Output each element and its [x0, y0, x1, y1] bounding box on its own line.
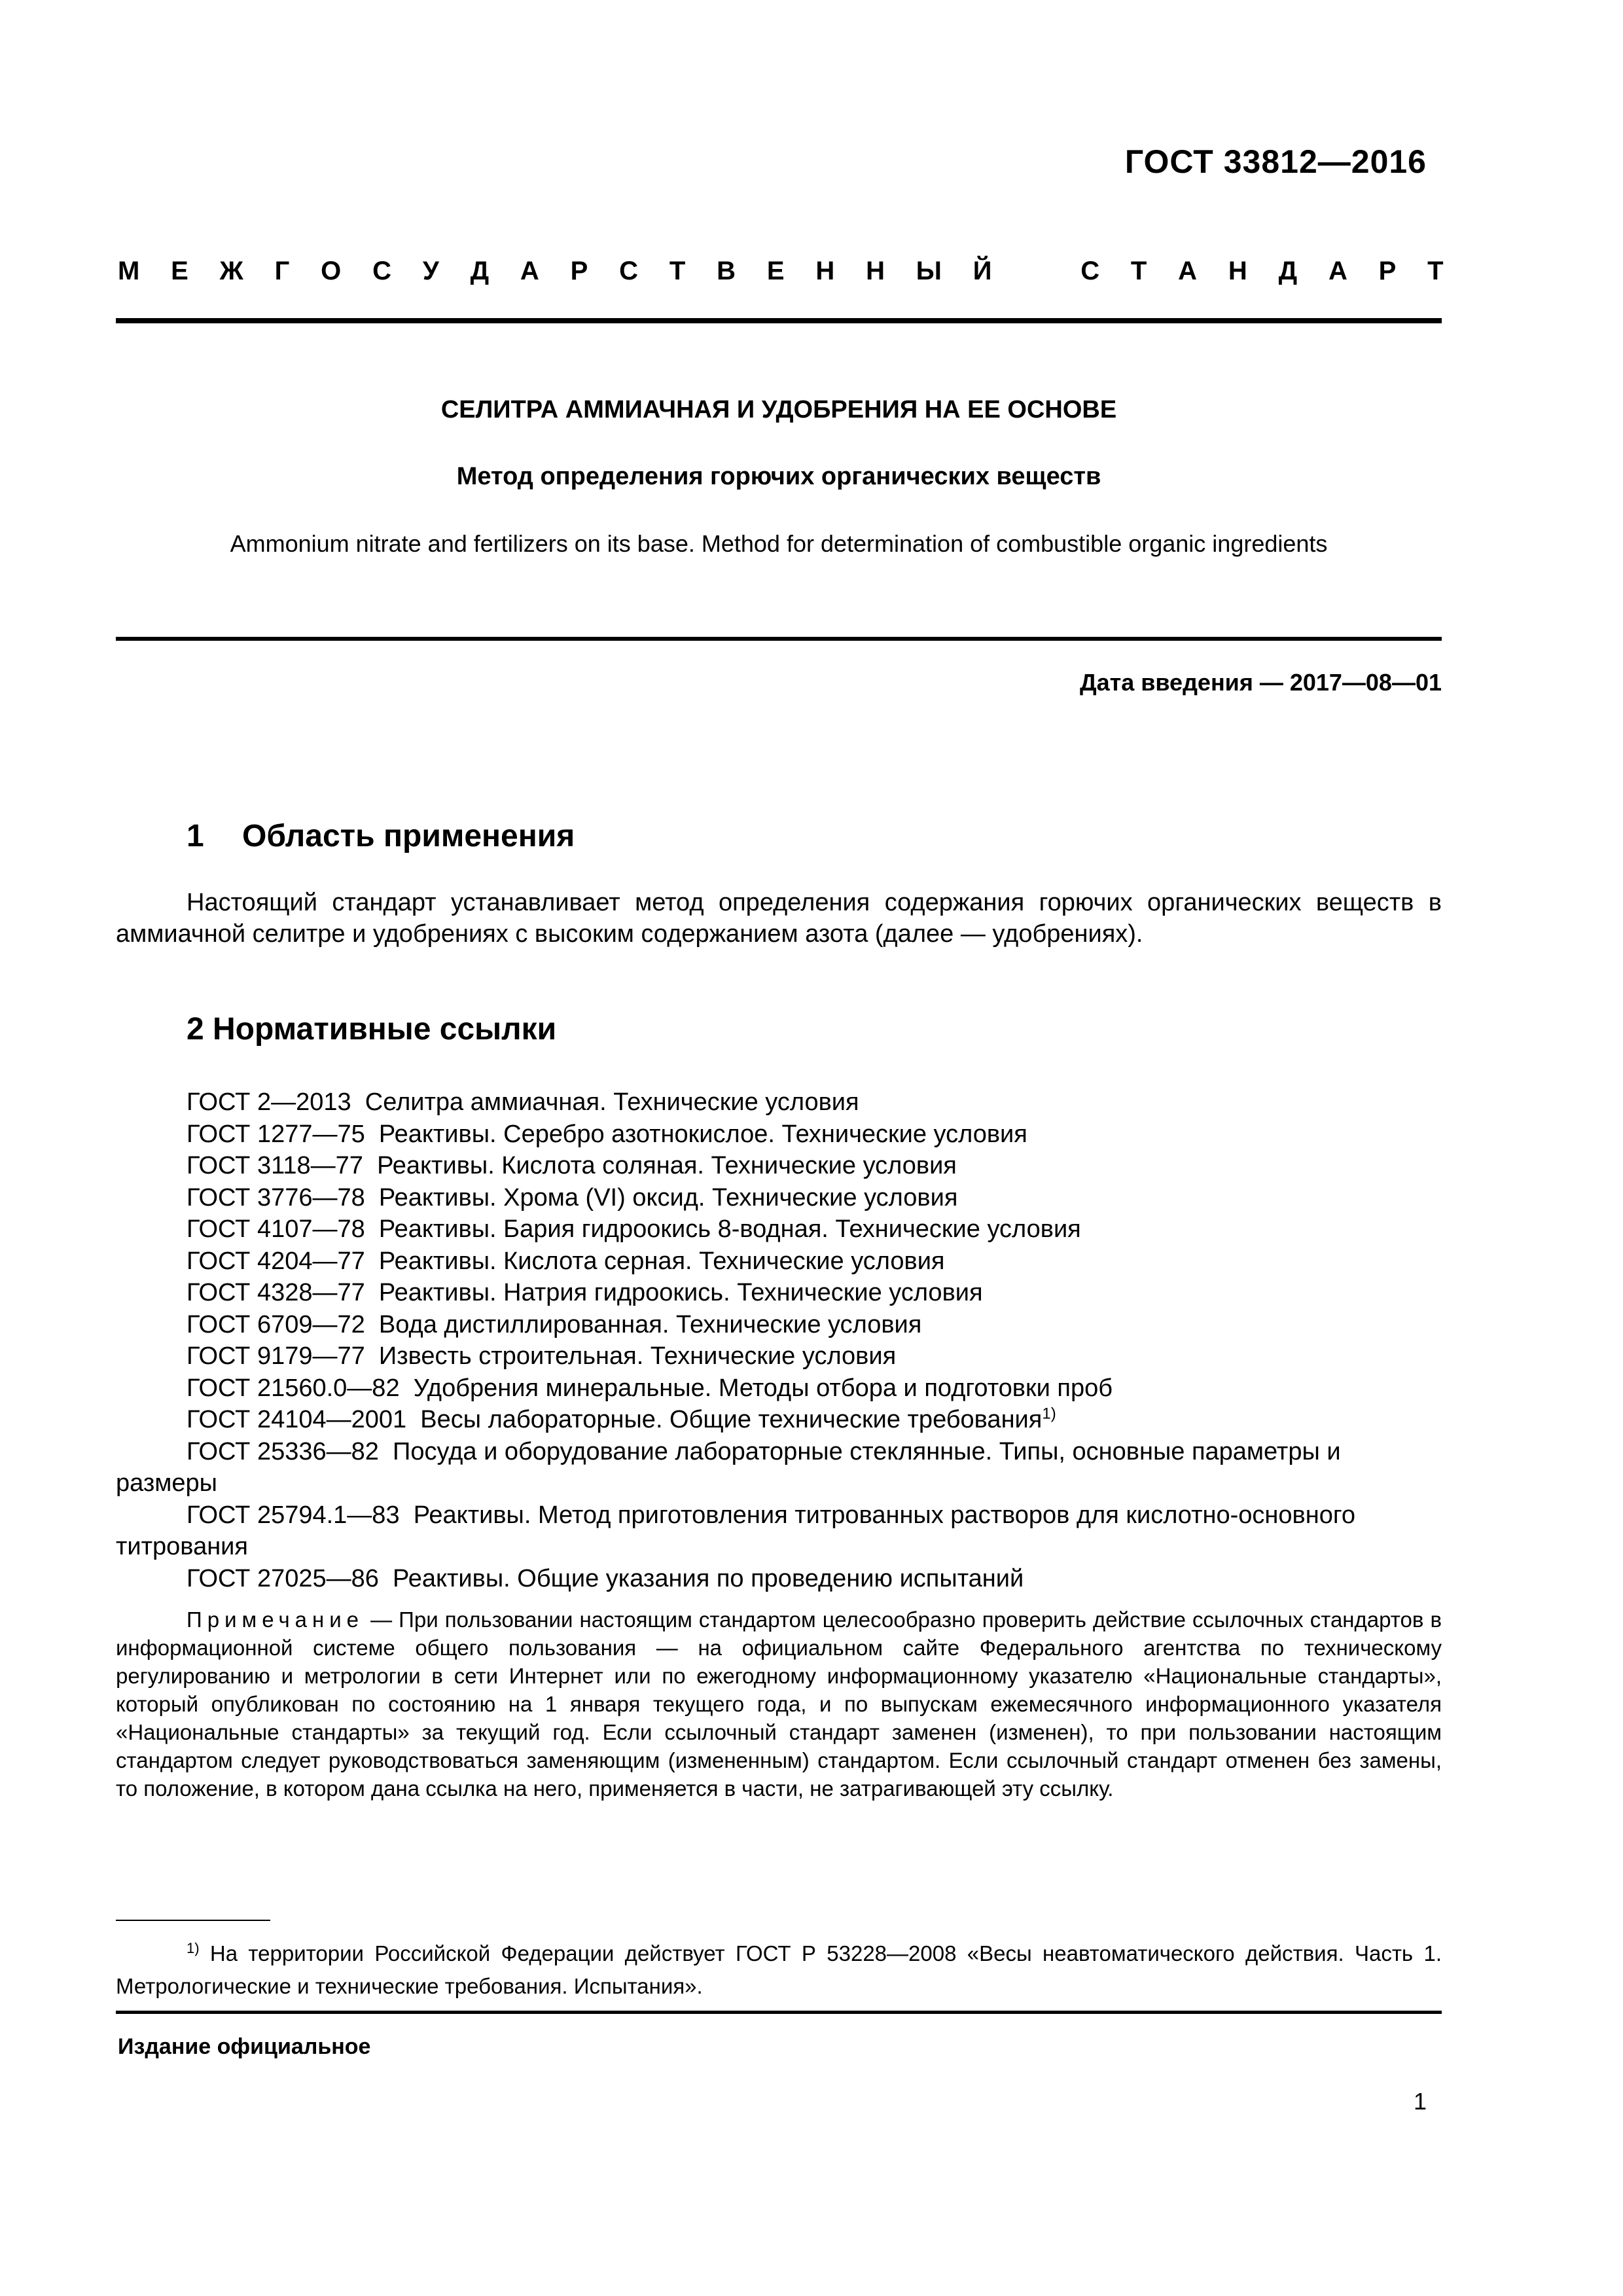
reference-code: ГОСТ 3118—77 [187, 1152, 363, 1179]
note-text: — При пользовании настоящим стандартом ц… [116, 1607, 1442, 1801]
reference-code: ГОСТ 24104—2001 [187, 1406, 406, 1433]
reference-item: ГОСТ 21560.0—82 Удобрения минеральные. М… [116, 1372, 1442, 1405]
interstate-letter: О [321, 257, 341, 286]
section-title: Нормативные ссылки [213, 1012, 556, 1047]
interstate-letter: А [520, 257, 539, 286]
footnote-reference: 1) [1042, 1405, 1056, 1422]
reference-code: ГОСТ 9179—77 [187, 1342, 365, 1370]
document-code: ГОСТ 33812—2016 [1125, 143, 1427, 181]
header-rule [116, 318, 1442, 323]
reference-item: ГОСТ 9179—77 Известь строительная. Техни… [116, 1340, 1442, 1372]
reference-code: ГОСТ 21560.0—82 [187, 1374, 400, 1402]
footnote: 1) На территории Российской Федерации де… [116, 1937, 1442, 2003]
reference-title: Вода дистиллированная. Технические услов… [379, 1311, 921, 1338]
interstate-letter: Т [669, 257, 685, 286]
reference-title: Реактивы. Бария гидроокись 8-водная. Тех… [379, 1215, 1081, 1243]
interstate-letter: Е [171, 257, 188, 286]
reference-code: ГОСТ 1277—75 [187, 1121, 365, 1148]
interstate-standard-label: МЕЖГОСУДАРСТВЕННЫЙ СТАНДАРТ [118, 257, 1444, 286]
footer-rule [116, 2011, 1442, 2014]
section-1-text: Настоящий стандарт устанавливает метод о… [116, 887, 1442, 950]
interstate-letter: Й [973, 257, 992, 286]
reference-title: Реактивы. Общие указания по проведению и… [393, 1565, 1024, 1592]
reference-item: ГОСТ 25794.1—83 Реактивы. Метод приготов… [116, 1499, 1442, 1563]
reference-item: ГОСТ 4328—77 Реактивы. Натрия гидроокись… [116, 1277, 1442, 1309]
interstate-letter: Г [275, 257, 290, 286]
official-edition-label: Издание официальное [118, 2034, 370, 2060]
reference-title: Удобрения минеральные. Методы отбора и п… [414, 1374, 1113, 1402]
section-1-heading: 1Область применения [187, 818, 575, 854]
reference-title: Реактивы. Серебро азотнокислое. Техничес… [379, 1121, 1027, 1148]
reference-code: ГОСТ 27025—86 [187, 1565, 379, 1592]
interstate-letter: Р [571, 257, 588, 286]
normative-references-list: ГОСТ 2—2013 Селитра аммиачная. Техническ… [116, 1086, 1442, 1594]
interstate-letter: А [1178, 257, 1197, 286]
reference-title: Реактивы. Натрия гидроокись. Технические… [379, 1279, 983, 1306]
interstate-letter: Т [1427, 257, 1443, 286]
reference-code: ГОСТ 25336—82 [187, 1438, 379, 1465]
interstate-letter: Д [471, 257, 490, 286]
reference-code: ГОСТ 2—2013 [187, 1088, 351, 1116]
reference-title: Реактивы. Кислота соляная. Технические у… [377, 1152, 957, 1179]
footnote-separator [116, 1920, 270, 1921]
interstate-letter: Н [1228, 257, 1247, 286]
reference-code: ГОСТ 4204—77 [187, 1247, 365, 1275]
interstate-letter: Е [767, 257, 785, 286]
interstate-letter: Р [1379, 257, 1397, 286]
title-rule [116, 637, 1442, 641]
interstate-letter: С [372, 257, 391, 286]
interstate-letter: Ж [220, 257, 243, 286]
reference-item: ГОСТ 6709—72 Вода дистиллированная. Техн… [116, 1309, 1442, 1341]
interstate-letter: А [1329, 257, 1347, 286]
references-note: Примечание — При пользовании настоящим с… [116, 1605, 1442, 1803]
document-subtitle: Метод определения горючих органических в… [116, 463, 1442, 491]
interstate-letter: Д [1279, 257, 1298, 286]
reference-item: ГОСТ 25336—82 Посуда и оборудование лабо… [116, 1436, 1442, 1499]
reference-item: ГОСТ 3776—78 Реактивы. Хрома (VI) оксид.… [116, 1182, 1442, 1214]
interstate-letter [1023, 257, 1049, 286]
interstate-letter: М [118, 257, 139, 286]
reference-title: Известь строительная. Технические услови… [379, 1342, 896, 1370]
interstate-letter: С [619, 257, 638, 286]
interstate-letter: У [423, 257, 439, 286]
reference-title: Весы лабораторные. Общие технические тре… [420, 1406, 1042, 1433]
reference-title: Реактивы. Кислота серная. Технические ус… [379, 1247, 945, 1275]
reference-item: ГОСТ 27025—86 Реактивы. Общие указания п… [116, 1563, 1442, 1595]
interstate-letter: Т [1131, 257, 1147, 286]
reference-code: ГОСТ 25794.1—83 [187, 1501, 400, 1529]
reference-code: ГОСТ 4328—77 [187, 1279, 365, 1306]
interstate-letter: Н [866, 257, 885, 286]
reference-code: ГОСТ 6709—72 [187, 1311, 365, 1338]
interstate-letter: Ы [916, 257, 942, 286]
page-number: 1 [1414, 2088, 1427, 2115]
interstate-letter: С [1080, 257, 1099, 286]
reference-item: ГОСТ 3118—77 Реактивы. Кислота соляная. … [116, 1150, 1442, 1182]
section-2-heading: 2Нормативные ссылки [187, 1011, 556, 1047]
reference-item: ГОСТ 2—2013 Селитра аммиачная. Техническ… [116, 1086, 1442, 1119]
footnote-marker: 1) [187, 1940, 200, 1956]
introduction-date: Дата введения — 2017—08—01 [1080, 669, 1442, 696]
section-title: Область применения [242, 819, 575, 853]
english-title: Ammonium nitrate and fertilizers on its … [116, 530, 1442, 558]
reference-item: ГОСТ 4204—77 Реактивы. Кислота серная. Т… [116, 1246, 1442, 1278]
reference-title: Селитра аммиачная. Технические условия [365, 1088, 859, 1116]
interstate-letter: В [717, 257, 736, 286]
reference-code: ГОСТ 4107—78 [187, 1215, 365, 1243]
note-label: Примечание [187, 1607, 364, 1632]
reference-item: ГОСТ 1277—75 Реактивы. Серебро азотнокис… [116, 1119, 1442, 1151]
reference-code: ГОСТ 3776—78 [187, 1184, 365, 1211]
reference-item: ГОСТ 24104—2001 Весы лабораторные. Общие… [116, 1404, 1442, 1436]
interstate-letter: Н [815, 257, 834, 286]
footnote-text: На территории Российской Федерации дейст… [116, 1941, 1442, 1998]
reference-item: ГОСТ 4107—78 Реактивы. Бария гидроокись … [116, 1213, 1442, 1246]
reference-title: Реактивы. Хрома (VI) оксид. Технические … [379, 1184, 958, 1211]
section-number: 1 [187, 818, 242, 854]
document-title: СЕЛИТРА АММИАЧНАЯ И УДОБРЕНИЯ НА ЕЕ ОСНО… [116, 396, 1442, 424]
section-number: 2 [187, 1011, 213, 1047]
